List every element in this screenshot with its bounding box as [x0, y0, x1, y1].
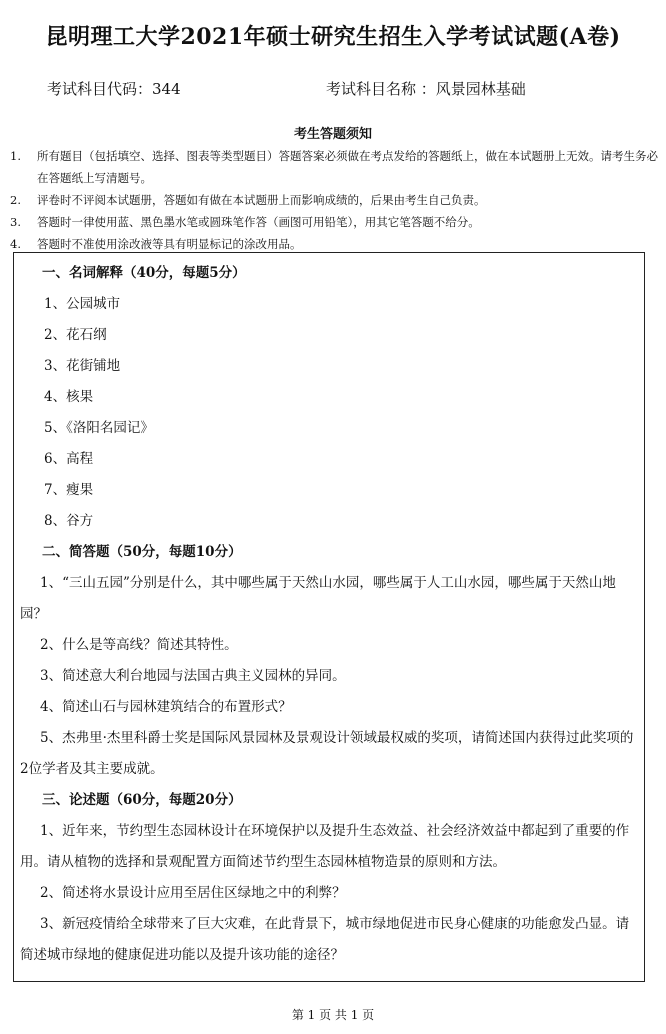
section-heading: 二、简答题（50分，每题10分） [20, 537, 640, 568]
question: 2、简述将水景设计应用至居住区绿地之中的利弊？ [20, 878, 640, 909]
question: 2、花石纲 [20, 320, 640, 351]
notice-item: 3. 答题时一律使用蓝、黑色墨水笔或圆珠笔作答（画图可用铅笔），用其它笔答题不给… [10, 211, 658, 233]
question: 1、“三山五园”分别是什么，其中哪些属于天然山水园，哪些属于人工山水园，哪些属于… [20, 568, 640, 630]
question: 6、高程 [20, 444, 640, 475]
notice-item: 1. 所有题目（包括填空、选择、图表等类型题目）答题答案必须做在考点发给的答题纸… [10, 145, 658, 189]
question: 2、什么是等高线？简述其特性。 [20, 630, 640, 661]
question: 8、谷方 [20, 506, 640, 537]
question: 1、近年来，节约型生态园林设计在环境保护以及提升生态效益、社会经济效益中都起到了… [20, 816, 640, 878]
page-number: 第 1 页 共 1 页 [0, 1006, 666, 1023]
question: 1、公园城市 [20, 289, 640, 320]
subject-code: 考试科目代码：344 [47, 78, 181, 99]
question: 5、《洛阳名园记》 [20, 413, 640, 444]
section-heading: 三、论述题（60分，每题20分） [20, 785, 640, 816]
notice-list: 1. 所有题目（包括填空、选择、图表等类型题目）答题答案必须做在考点发给的答题纸… [10, 145, 658, 255]
question: 3、花街铺地 [20, 351, 640, 382]
section-heading: 一、名词解释（40分，每题5分） [20, 258, 640, 289]
question: 3、简述意大利台地园与法国古典主义园林的异同。 [20, 661, 640, 692]
question: 3、新冠疫情给全球带来了巨大灾难，在此背景下，城市绿地促进市民身心健康的功能愈发… [20, 909, 640, 971]
question: 5、杰弗里·杰里科爵士奖是国际风景园林及景观设计领域最权威的奖项，请简述国内获得… [20, 723, 640, 785]
exam-title: 昆明理工大学2021年硕士研究生招生入学考试试题(A卷) [0, 20, 666, 51]
notice-item: 2. 评卷时不评阅本试题册，答题如有做在本试题册上而影响成绩的，后果由考生自己负… [10, 189, 658, 211]
question: 4、简述山石与园林建筑结合的布置形式？ [20, 692, 640, 723]
questions-content: 一、名词解释（40分，每题5分） 1、公园城市 2、花石纲 3、花街铺地 4、核… [20, 258, 640, 971]
question: 7、瘦果 [20, 475, 640, 506]
subject-name: 考试科目名称 ：风景园林基础 [326, 78, 526, 99]
question: 4、核果 [20, 382, 640, 413]
notice-title: 考生答题须知 [0, 123, 666, 142]
